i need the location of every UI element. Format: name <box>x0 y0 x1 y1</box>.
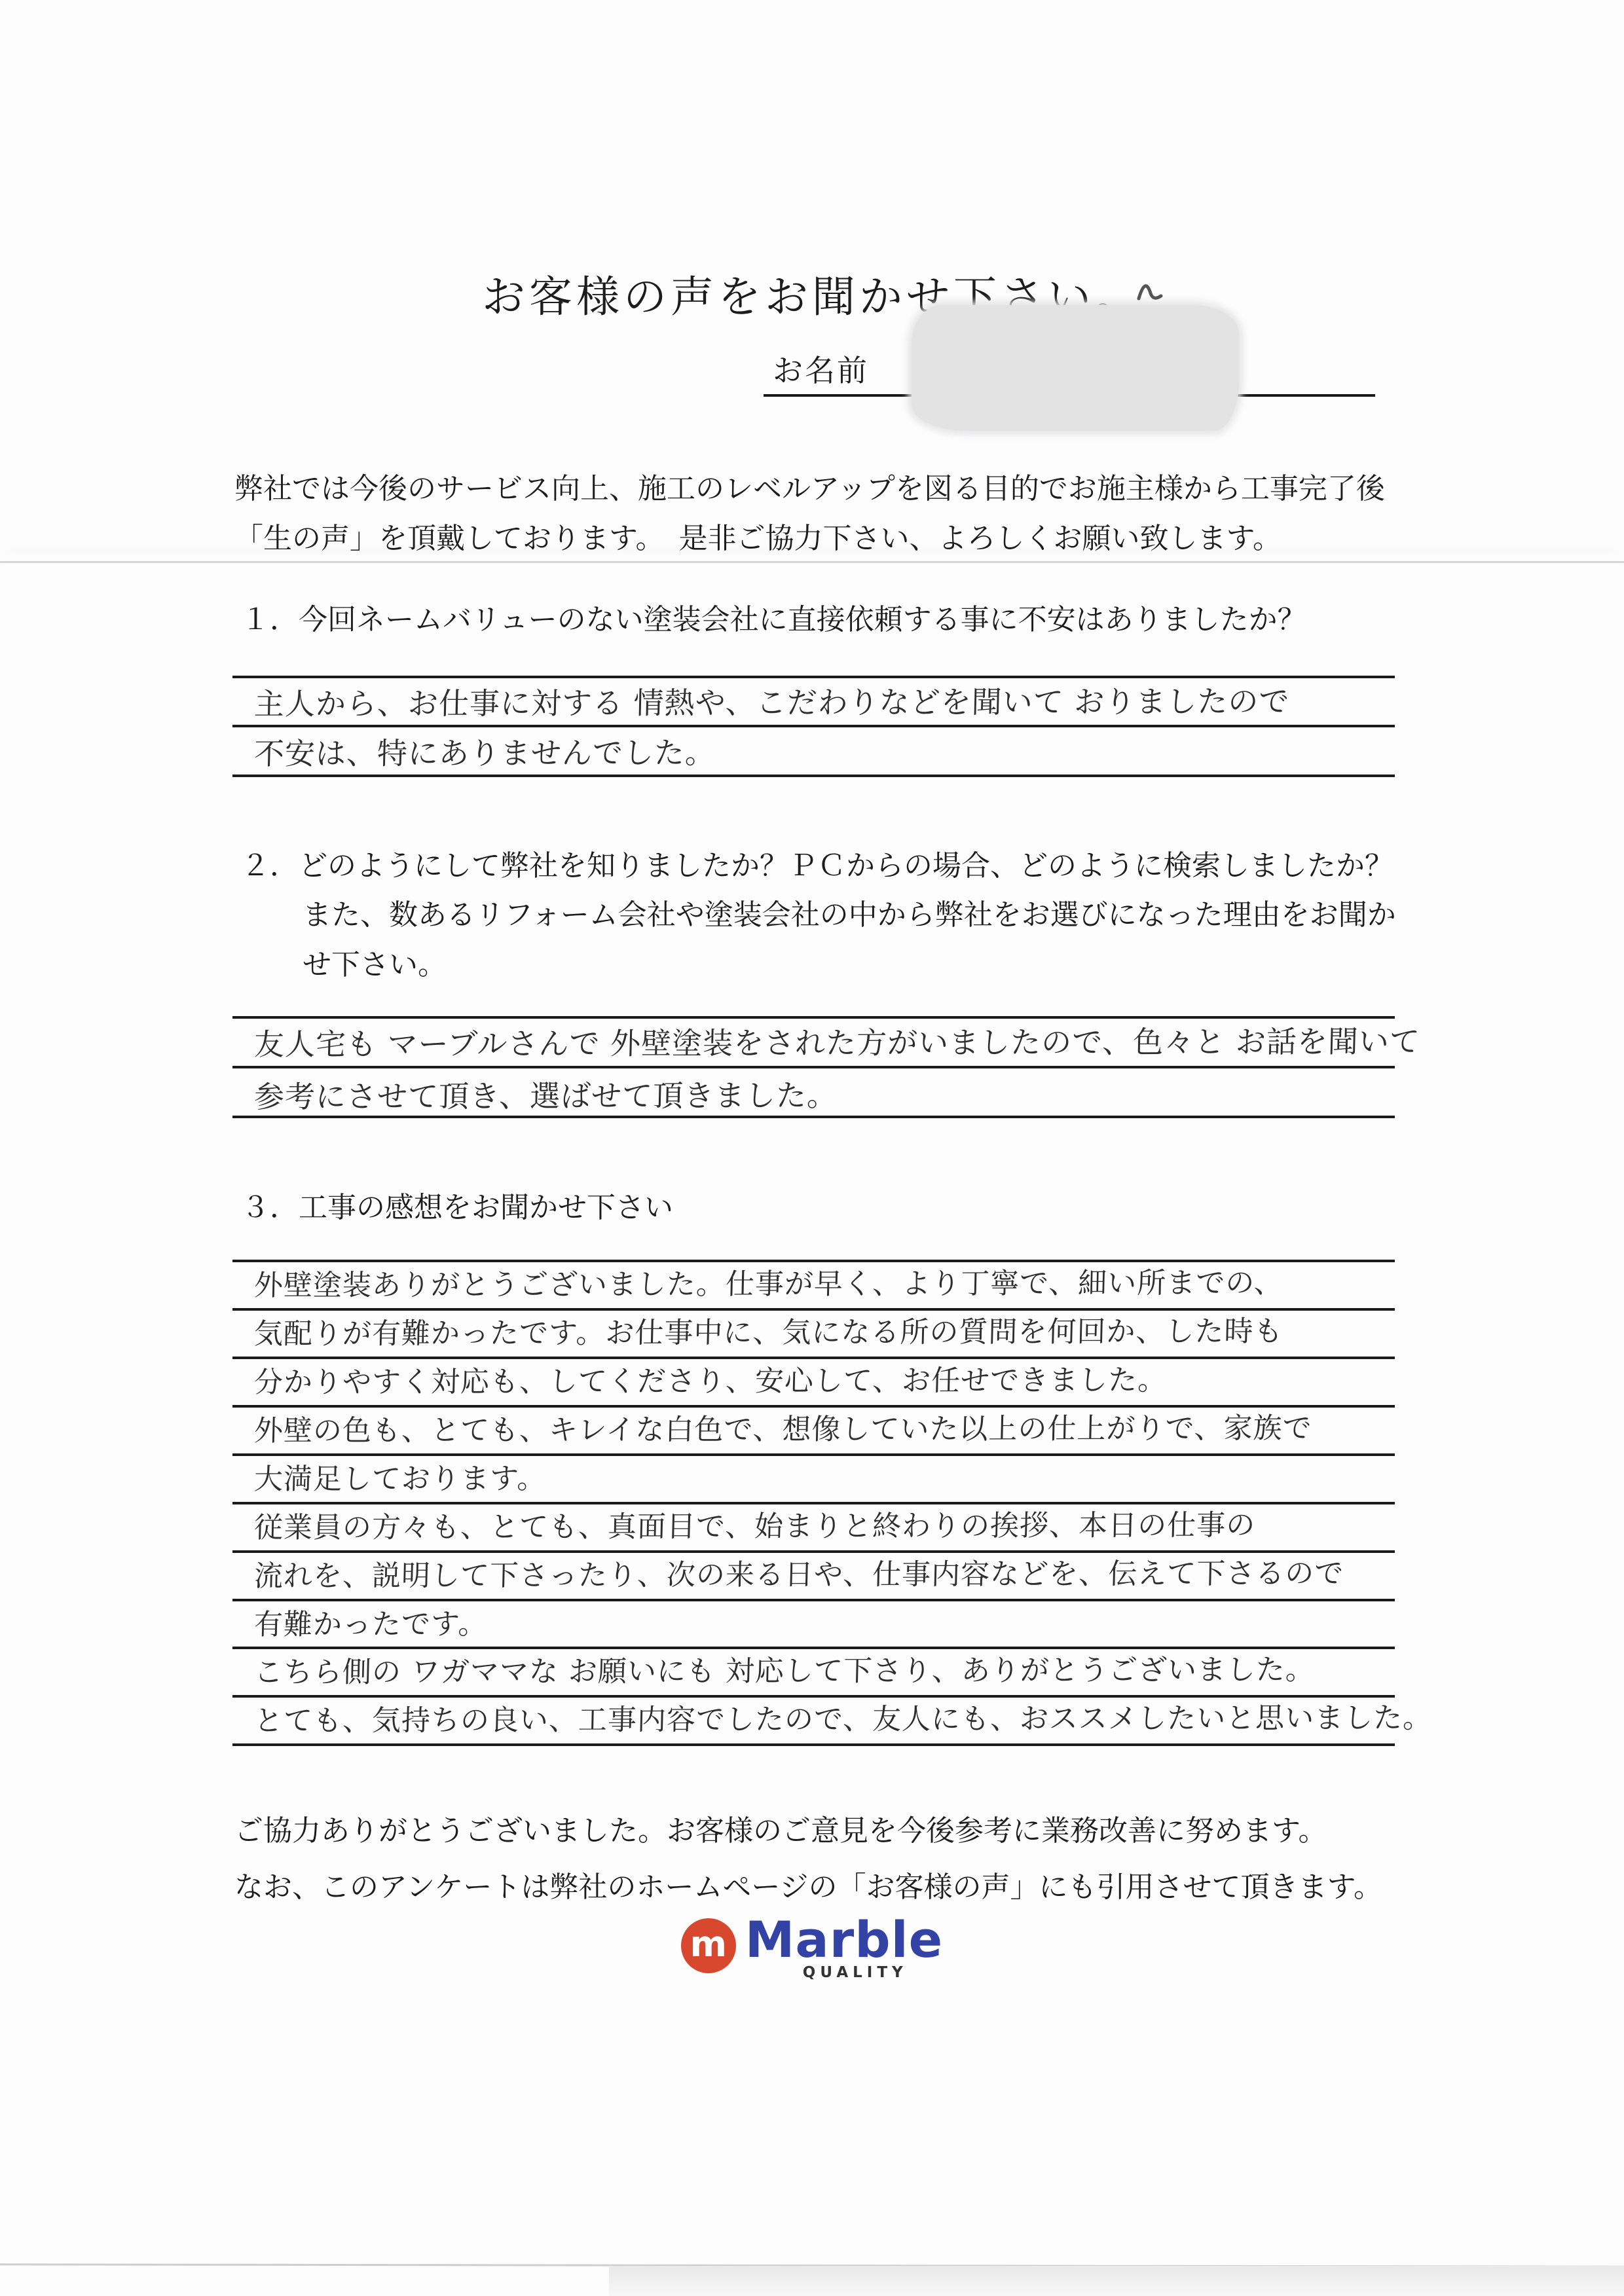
answer-rule <box>232 1695 1395 1698</box>
answer-rule <box>232 1599 1395 1601</box>
question-2-label: ２．どのようにして弊社を知りましたか？ＰＣからの場合、どのように検索しましたか？ <box>241 842 1393 884</box>
logo-tagline-text: QUALITY <box>803 1964 943 1981</box>
question-3-text: 工事の感想をお聞かせ下さい <box>299 1192 673 1224</box>
question-2-text-3: せ下さい。 <box>303 941 447 983</box>
intro-line-2: 「生の声」を頂戴しております。 是非ご協力下さい、よろしくお願い致します。 <box>234 515 1282 556</box>
q3-answer-line-8: 有難かったです。 <box>253 1603 1407 1645</box>
answer-rule <box>232 774 1395 777</box>
answer-rule <box>232 1502 1395 1504</box>
name-redaction-blob <box>912 305 1239 431</box>
answer-rule <box>232 1453 1395 1456</box>
q2-answer-line-1: 友人宅も マーブルさんで 外壁塗装をされた方がいましたので、色々と お話を聞いて <box>253 1021 1407 1065</box>
question-2-text-2: また、数あるリフォーム会社や塗装会社の中から弊社をお選びになった理由をお聞か <box>303 891 1396 933</box>
scan-shadow-bottom <box>609 2266 1624 2296</box>
q2-answer-line-2: 参考にさせて頂き、選ばせて頂きました。 <box>253 1074 1407 1118</box>
survey-document: お客様の声をお聞かせ下さい。 お名前 弊社では今後のサービス向上、施工のレベルア… <box>0 0 1624 2296</box>
question-1-text: 今回ネームバリューのない塗装会社に直接依頼する事に不安はありましたか？ <box>299 604 1306 636</box>
logo-m-icon: m <box>690 1927 727 1962</box>
answer-rule <box>232 1550 1395 1553</box>
q1-answer-line-1: 主人から、お仕事に対する 情熱や、こだわりなどを聞いて おりましたので <box>253 681 1407 725</box>
q1-answer-line-2: 不安は、特にありませんでした。 <box>253 731 1407 774</box>
q3-answer-line-10: とても、気持ちの良い、工事内容でしたので、友人にも、おススメしたいと思いました。 <box>253 1699 1407 1741</box>
q3-answer-line-7: 流れを、説明して下さったり、次の来る日や、仕事内容などを、伝えて下さるので <box>253 1554 1407 1597</box>
q3-answer-line-9: こちら側の ワガママな お願いにも 対応して下さり、ありがとうございました。 <box>253 1650 1407 1693</box>
answer-rule <box>232 1743 1395 1746</box>
q3-answer-line-2: 気配りが有難かったです。お仕事中に、気になる所の質問を何回か、した時も <box>253 1312 1407 1355</box>
answer-rule <box>232 1260 1395 1262</box>
q3-answer-line-3: 分かりやすく対応も、してくださり、安心して、お任せできました。 <box>253 1360 1407 1403</box>
question-2-number: ２． <box>241 850 299 882</box>
scan-crease-top <box>0 561 1624 563</box>
answer-rule <box>232 1308 1395 1311</box>
answer-rule <box>232 1357 1395 1359</box>
answer-rule <box>232 1066 1395 1068</box>
company-logo: m Marble QUALITY <box>0 1914 1624 1981</box>
intro-line-1: 弊社では今後のサービス向上、施工のレベルアップを図る目的でお施主様から工事完了後 <box>234 465 1385 507</box>
q3-answer-line-4: 外壁の色も、とても、キレイな白色で、想像していた以上の仕上がりで、家族で <box>253 1409 1407 1451</box>
answer-rule <box>232 725 1395 727</box>
answer-rule <box>232 1116 1395 1118</box>
question-1-label: １．今回ネームバリューのない塗装会社に直接依頼する事に不安はありましたか？ <box>241 596 1306 638</box>
question-3-label: ３．工事の感想をお聞かせ下さい <box>241 1184 673 1226</box>
question-3-number: ３． <box>241 1192 299 1224</box>
question-2-text-1: どのようにして弊社を知りましたか？ＰＣからの場合、どのように検索しましたか？ <box>299 850 1393 882</box>
page-title: お客様の声をお聞かせ下さい。 <box>0 262 1624 324</box>
question-1-number: １． <box>241 604 299 636</box>
answer-rule <box>232 1647 1395 1649</box>
q3-answer-line-6: 従業員の方々も、とても、真面目で、始まりと終わりの挨拶、本日の仕事の <box>253 1506 1407 1548</box>
logo-brand-text: Marble <box>745 1914 943 1965</box>
q3-answer-line-5: 大満足しております。 <box>253 1457 1407 1500</box>
answer-rule <box>232 1405 1395 1408</box>
closing-line-2: なお、このアンケートは弊社のホームページの「お客様の声」にも引用させて頂きます。 <box>234 1863 1382 1905</box>
q3-answer-line-1: 外壁塗装ありがとうございました。仕事が早く、より丁寧で、細い所までの、 <box>253 1264 1407 1306</box>
answer-rule <box>232 1016 1395 1019</box>
name-label: お名前 <box>773 347 869 390</box>
pen-mark-icon <box>1135 274 1165 306</box>
answer-rule <box>232 676 1395 678</box>
closing-line-1: ご協力ありがとうございました。お客様のご意見を今後参考に業務改善に努めます。 <box>234 1807 1327 1849</box>
logo-mark-circle: m <box>681 1918 736 1973</box>
